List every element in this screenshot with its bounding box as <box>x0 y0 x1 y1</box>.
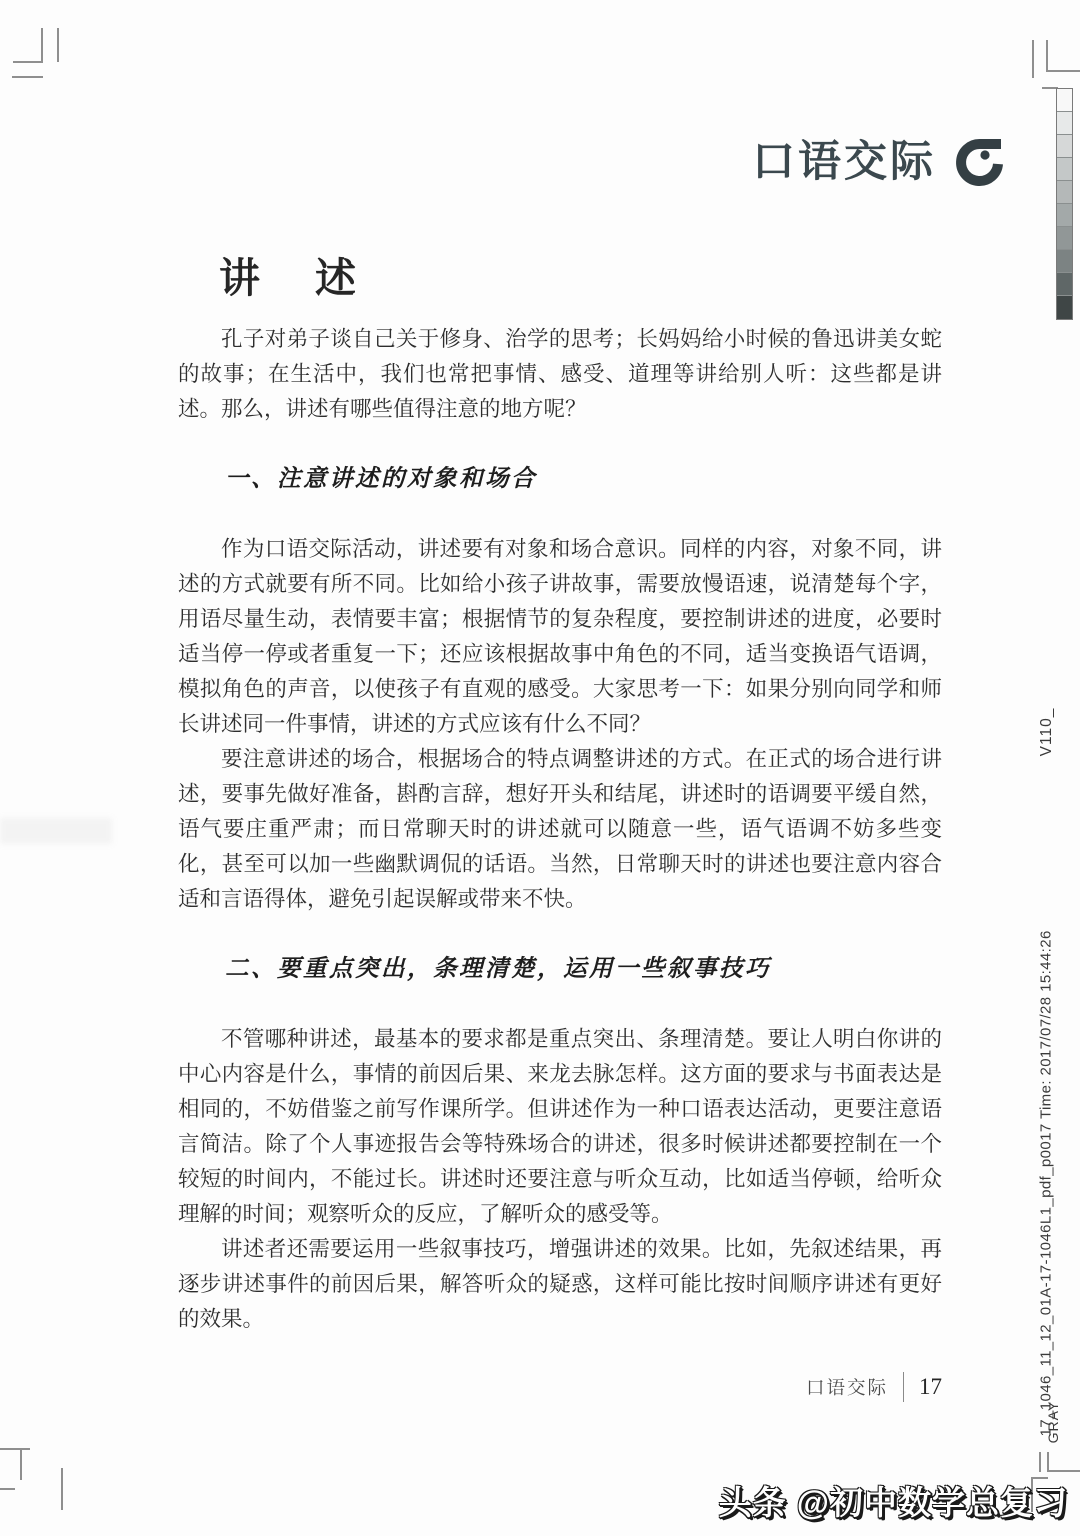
section-2-paragraph-1: 不管哪种讲述，最基本的要求都是重点突出、条理清楚。要让人明白你讲的中心内容是什么… <box>178 1022 942 1232</box>
section-1-paragraph-1: 作为口语交际活动，讲述要有对象和场合意识。同样的内容，对象不同，讲述的方式就要有… <box>178 532 942 742</box>
watermark-text: 头条 @初中数学总复习 <box>719 1477 1068 1524</box>
crop-mark <box>1047 1452 1049 1472</box>
section-2-heading: 二、要重点突出，条理清楚，运用一些叙事技巧 <box>178 952 942 987</box>
grayscale-step <box>1057 227 1072 250</box>
grayscale-step <box>1057 158 1072 181</box>
crop-mark <box>20 1448 22 1480</box>
print-color-mode-label: GRAY <box>1045 1398 1061 1446</box>
print-file-info: 17_1046_11_12_01A-17-1046L1_pdf_p0017 Ti… <box>1038 945 1055 1437</box>
crop-mark <box>12 76 43 78</box>
grayscale-step <box>1057 89 1072 112</box>
crop-mark <box>13 61 43 63</box>
crop-mark <box>1046 40 1048 72</box>
crop-mark <box>1039 1452 1041 1472</box>
crop-mark <box>41 28 43 62</box>
grayscale-step <box>1057 112 1072 135</box>
crop-mark <box>1046 70 1080 72</box>
unit-header: 口语交际 <box>752 128 1004 189</box>
grayscale-calibration-strip <box>1056 88 1073 320</box>
page-footer: 口语交际 17 <box>806 1370 942 1404</box>
grayscale-step <box>1057 181 1072 204</box>
grayscale-step <box>1057 204 1072 227</box>
footer-section-label: 口语交际 <box>806 1374 888 1400</box>
unit-category-label: 口语交际 <box>752 128 936 189</box>
section-2-paragraph-2: 讲述者还需要运用一些叙事技巧，增强讲述的效果。比如，先叙述结果，再逐步讲述事件的… <box>178 1232 942 1337</box>
crop-mark <box>57 28 59 62</box>
crop-mark <box>1047 1470 1080 1472</box>
grayscale-step <box>1057 296 1072 319</box>
lesson-title: 讲 述 <box>219 245 363 304</box>
speech-logo-icon <box>952 131 1004 187</box>
crop-mark <box>1032 40 1034 78</box>
crop-mark <box>0 1488 15 1490</box>
print-version-code: V110_ <box>1038 694 1056 770</box>
grayscale-step <box>1057 273 1072 296</box>
section-1-paragraph-2: 要注意讲述的场合，根据场合的特点调整讲述的方式。在正式的场合进行讲述，要事先做好… <box>178 742 942 917</box>
section-1-heading: 一、注意讲述的对象和场合 <box>178 462 942 497</box>
textbook-page: 口语交际 讲 述 孔子对弟子谈自己关于修身、治学的思考；长妈妈给小时候的鲁迅讲美… <box>0 0 1080 1536</box>
footer-divider <box>903 1372 904 1402</box>
intro-paragraph: 孔子对弟子谈自己关于修身、治学的思考；长妈妈给小时候的鲁迅讲美女蛇的故事；在生活… <box>178 322 942 427</box>
page-number: 17 <box>919 1374 942 1400</box>
scan-artifact <box>0 818 112 844</box>
crop-mark <box>61 1468 63 1510</box>
crop-mark <box>0 1448 30 1450</box>
grayscale-step <box>1057 135 1072 158</box>
grayscale-step <box>1057 250 1072 273</box>
